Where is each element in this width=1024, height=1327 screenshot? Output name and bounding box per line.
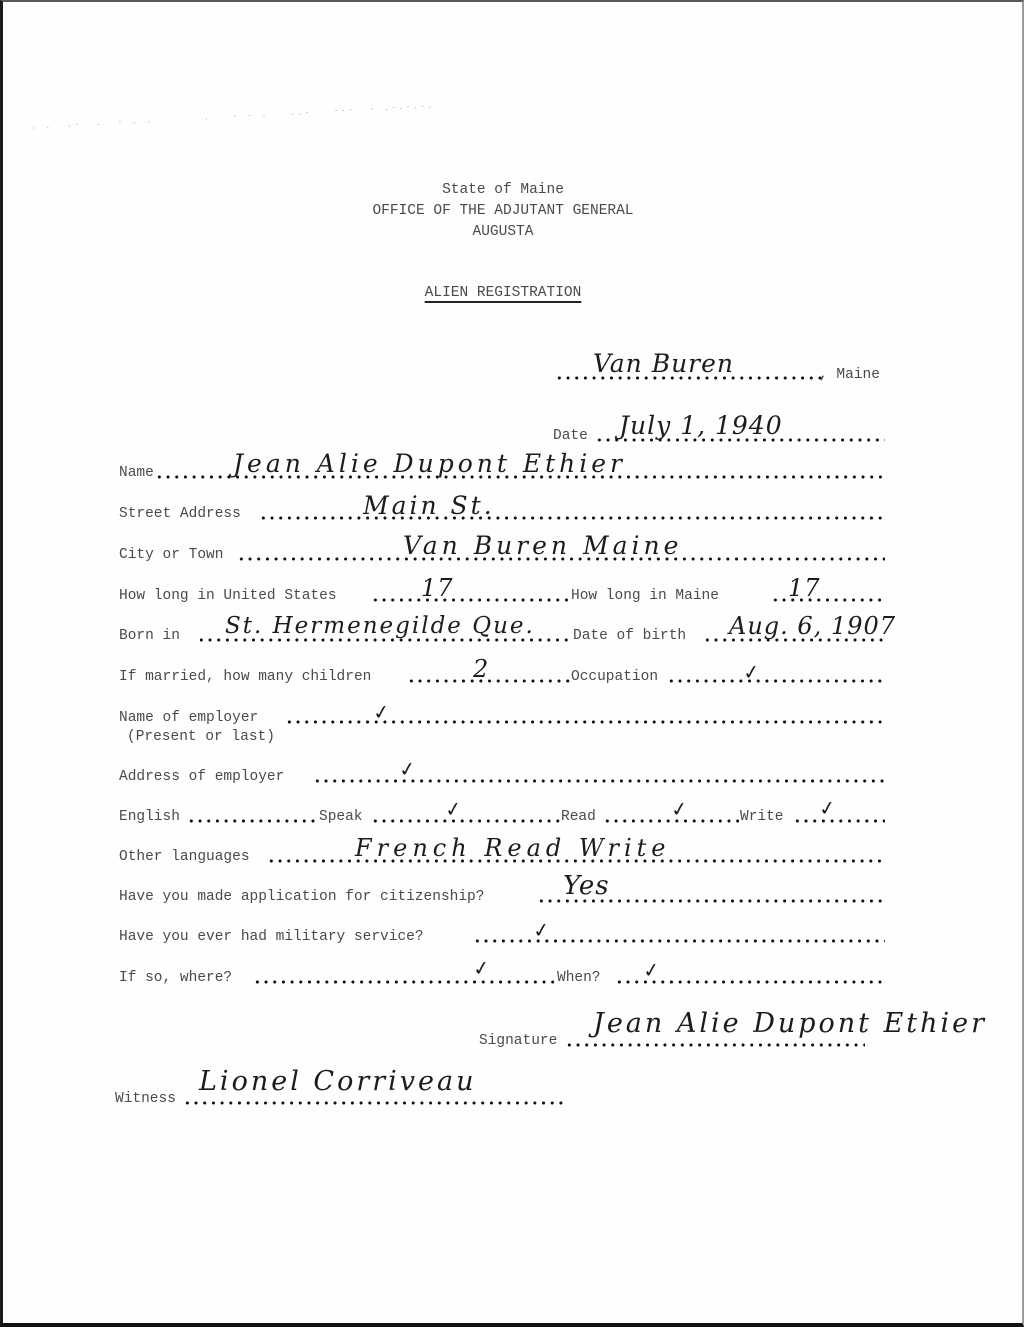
citizenship-value[interactable]: Yes bbox=[563, 874, 610, 898]
military-service-check-icon[interactable]: ✓ bbox=[532, 919, 551, 941]
military-service-label: Have you ever had military service? bbox=[119, 929, 424, 945]
town-value[interactable]: Van Buren bbox=[593, 352, 734, 376]
city-value[interactable]: Van Buren Maine bbox=[403, 534, 682, 558]
name-label: Name bbox=[119, 465, 154, 481]
street-address-value[interactable]: Main St. bbox=[363, 494, 495, 518]
born-in-value[interactable]: St. Hermenegilde Que. bbox=[225, 614, 535, 638]
employer-address-dotted-line bbox=[313, 779, 885, 783]
state-suffix: , Maine bbox=[819, 367, 880, 383]
occupation-check-icon[interactable]: ✓ bbox=[742, 661, 761, 683]
citizenship-label: Have you made application for citizenshi… bbox=[119, 889, 484, 905]
english-write-label: Write bbox=[740, 809, 784, 825]
street-address-label: Street Address bbox=[119, 506, 241, 522]
occupation-label: Occupation bbox=[571, 669, 658, 685]
other-languages-label: Other languages bbox=[119, 849, 250, 865]
english-speak-label: Speak bbox=[319, 809, 363, 825]
signature-value[interactable]: Jean Alie Dupont Ethier bbox=[593, 1012, 987, 1036]
born-in-label: Born in bbox=[119, 628, 180, 644]
children-label: If married, how many children bbox=[119, 669, 371, 685]
header-state: State of Maine bbox=[3, 182, 1003, 198]
occupation-dotted-line bbox=[667, 679, 885, 683]
years-maine-value[interactable]: 17 bbox=[788, 576, 821, 600]
military-where-check-icon[interactable]: ✓ bbox=[472, 957, 491, 979]
dob-label: Date of birth bbox=[573, 628, 686, 644]
english-read-dotted-line bbox=[603, 819, 739, 823]
employer-address-label: Address of employer bbox=[119, 769, 284, 785]
header-city: AUGUSTA bbox=[3, 224, 1003, 240]
employer-address-check-icon[interactable]: ✓ bbox=[398, 758, 417, 780]
english-write-check-icon[interactable]: ✓ bbox=[818, 797, 837, 819]
witness-dotted-line bbox=[183, 1101, 563, 1105]
years-us-dotted-line bbox=[371, 598, 571, 602]
english-speak-check-icon[interactable]: ✓ bbox=[444, 798, 463, 820]
street-address-dotted-line bbox=[259, 516, 885, 520]
witness-value[interactable]: Lionel Corriveau bbox=[199, 1070, 477, 1094]
english-write-dotted-line bbox=[793, 819, 885, 823]
witness-label: Witness bbox=[115, 1091, 176, 1107]
english-read-label: Read bbox=[561, 809, 596, 825]
document-page: . . .- . - . . . - - . ..- --- - .-.-.-.… bbox=[0, 0, 1024, 1327]
english-dotted-line bbox=[187, 819, 317, 823]
employer-name-check-icon[interactable]: ✓ bbox=[372, 701, 391, 723]
form-title: ALIEN REGISTRATION bbox=[3, 285, 1003, 301]
city-label: City or Town bbox=[119, 547, 223, 563]
signature-dotted-line bbox=[565, 1043, 865, 1047]
header-office: OFFICE OF THE ADJUTANT GENERAL bbox=[3, 203, 1003, 219]
employer-name-sublabel: (Present or last) bbox=[127, 729, 275, 745]
english-read-check-icon[interactable]: ✓ bbox=[670, 798, 689, 820]
dob-value[interactable]: Aug. 6, 1907 bbox=[729, 614, 896, 638]
military-when-label: When? bbox=[557, 970, 601, 986]
date-value[interactable]: July 1, 1940 bbox=[619, 414, 783, 438]
english-label: English bbox=[119, 809, 180, 825]
name-value[interactable]: Jean Alie Dupont Ethier bbox=[233, 452, 626, 476]
signature-label: Signature bbox=[479, 1033, 557, 1049]
military-where-label: If so, where? bbox=[119, 970, 232, 986]
years-us-label: How long in United States bbox=[119, 588, 337, 604]
military-where-dotted-line bbox=[253, 980, 555, 984]
years-maine-label: How long in Maine bbox=[571, 588, 719, 604]
scan-artifact: . . .- . - . . . - - . ..- --- - .-.-.-. bbox=[31, 101, 435, 130]
children-value[interactable]: 2 bbox=[473, 657, 489, 681]
employer-name-label: Name of employer bbox=[119, 710, 258, 726]
date-label: Date bbox=[553, 428, 588, 444]
english-speak-dotted-line bbox=[371, 819, 561, 823]
other-languages-value[interactable]: French Read Write bbox=[355, 836, 670, 860]
years-us-value[interactable]: 17 bbox=[421, 576, 454, 600]
military-when-check-icon[interactable]: ✓ bbox=[642, 959, 661, 981]
